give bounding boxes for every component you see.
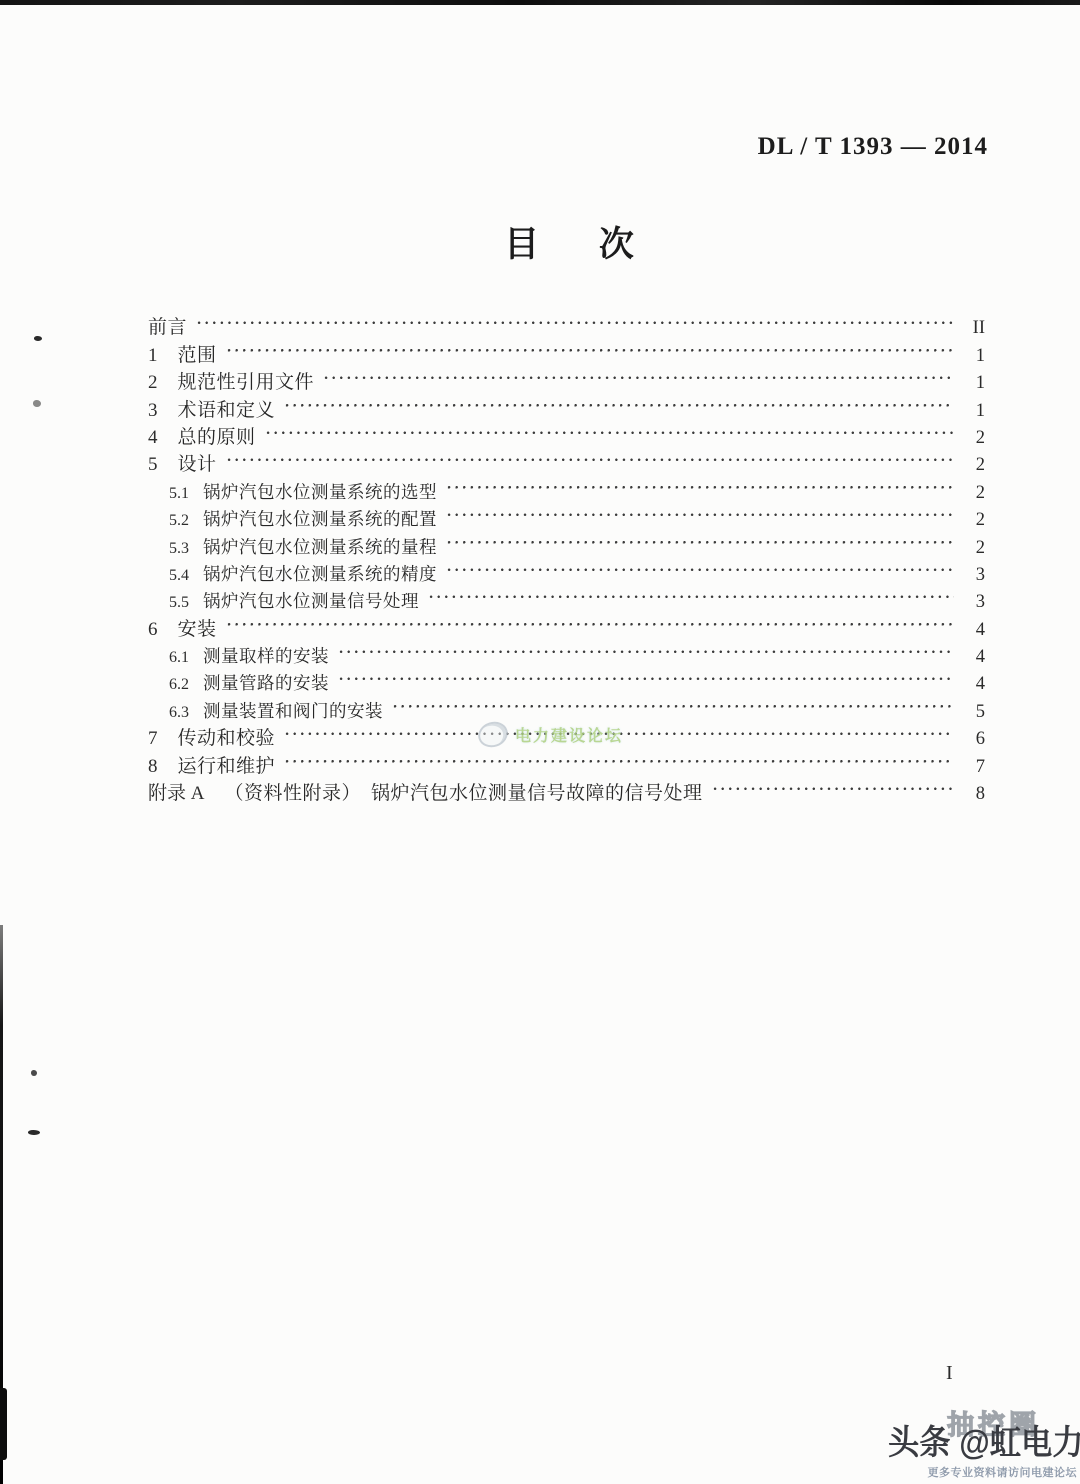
- toc-entry-page: 2: [959, 425, 985, 452]
- toc-entry-label: 安装: [178, 616, 217, 643]
- toc-entry-number: 1: [148, 342, 158, 369]
- toc-entry-number: 6.3: [169, 699, 189, 726]
- scan-speck: [34, 336, 42, 341]
- toc-entry-number: 5.3: [169, 535, 189, 562]
- toc-entry-number: 5: [148, 451, 158, 478]
- toc-entry: 1范围1: [148, 333, 985, 360]
- scan-left-edge-blob: [0, 1388, 7, 1460]
- scan-speck: [28, 1130, 40, 1135]
- dot-leader: [428, 580, 954, 607]
- toc-entry: 5设计2: [148, 443, 985, 470]
- toc-entry-label: 设计: [178, 451, 217, 478]
- toc-entry-label: 范围: [178, 342, 217, 369]
- toc-entry-page: 8: [959, 781, 985, 808]
- dot-leader: [338, 662, 954, 689]
- toc-entry: 5.1锅炉汽包水位测量系统的选型2: [148, 470, 985, 497]
- toc-entry-number: 5.1: [169, 480, 189, 507]
- toc-entry-label: （资料性附录） 锅炉汽包水位测量信号故障的信号处理: [224, 780, 702, 807]
- dot-leader: [265, 416, 954, 443]
- toc-entry-label: 前言: [148, 314, 187, 341]
- toc-entry-page: 3: [959, 562, 985, 589]
- dot-leader: [446, 525, 954, 552]
- toc-entry-page: 1: [959, 370, 985, 397]
- dot-leader: [338, 635, 954, 662]
- toc-entry-number: 5.2: [169, 507, 189, 534]
- toc-entry-label: 测量管路的安装: [203, 670, 329, 697]
- dot-leader: [284, 388, 954, 415]
- dot-leader: [284, 717, 954, 744]
- toc-entry: 6安装4: [148, 607, 985, 634]
- toc-entry-page: 2: [959, 452, 985, 479]
- toc-entry-label: 锅炉汽包水位测量系统的选型: [203, 479, 437, 506]
- scan-top-edge: [0, 0, 1080, 5]
- toc-entry-page: 2: [959, 480, 985, 507]
- toc-entry-number: 4: [148, 424, 158, 451]
- toc-entry-number: 5.5: [169, 589, 189, 616]
- brand-watermark: 抽控圈 头条 @虹电力 更多专业资料请访问电建论坛: [760, 1374, 1080, 1484]
- toc-entry-number: 2: [148, 369, 158, 396]
- toc-entry-number: 8: [148, 753, 158, 780]
- dot-leader: [323, 361, 954, 388]
- toc-entry-page: 7: [959, 754, 985, 781]
- toc-entry-number: 6.1: [169, 644, 189, 671]
- toc-entry-page: 1: [959, 398, 985, 425]
- toc-list: 前言II1范围12规范性引用文件13术语和定义14总的原则25设计25.1锅炉汽…: [148, 306, 985, 799]
- dot-leader: [226, 607, 954, 634]
- toc-entry-number: 附录 A: [148, 780, 204, 807]
- toc-entry-number: 7: [148, 725, 158, 752]
- page-number: I: [946, 1362, 953, 1385]
- toc-entry-label: 锅炉汽包水位测量系统的配置: [203, 506, 437, 533]
- dot-leader: [392, 689, 954, 716]
- toc-entry-page: 5: [959, 699, 985, 726]
- toc-entry-label: 运行和维护: [178, 753, 276, 780]
- toc-entry: 2规范性引用文件1: [148, 361, 985, 388]
- scan-speck: [31, 1070, 37, 1076]
- toc-entry-page: 3: [959, 589, 985, 616]
- toc-entry-page: II: [959, 315, 985, 342]
- dot-leader: [226, 443, 954, 470]
- standard-code: DL / T 1393 — 2014: [758, 133, 988, 161]
- dot-leader: [446, 470, 954, 497]
- toc-entry-label: 术语和定义: [178, 397, 276, 424]
- brand-note-text: 更多专业资料请访问电建论坛: [928, 1464, 1078, 1480]
- dot-leader: [446, 553, 954, 580]
- toc-entry-page: 6: [959, 726, 985, 753]
- toc-entry-number: 6: [148, 616, 158, 643]
- dot-leader: [284, 744, 954, 771]
- brand-text: 头条 @虹电力: [888, 1415, 1080, 1464]
- page-title: 目 次: [0, 217, 1080, 267]
- toc-entry: 4总的原则2: [148, 416, 985, 443]
- toc-entry-label: 传动和校验: [178, 725, 276, 752]
- dot-leader: [196, 306, 954, 333]
- dot-leader: [226, 333, 954, 360]
- toc-entry-number: 3: [148, 397, 158, 424]
- toc-entry-label: 锅炉汽包水位测量系统的精度: [203, 561, 437, 588]
- document-page: DL / T 1393 — 2014 目 次 前言II1范围12规范性引用文件1…: [0, 0, 1080, 1484]
- toc-entry: 6.1测量取样的安装4: [148, 635, 985, 662]
- scan-speck: [33, 400, 41, 407]
- toc-entry-page: 2: [959, 507, 985, 534]
- toc-entry-number: 5.4: [169, 562, 189, 589]
- dot-leader: [712, 772, 955, 799]
- toc-entry: 前言II: [148, 306, 985, 333]
- dot-leader: [446, 498, 954, 525]
- toc-entry-label: 锅炉汽包水位测量系统的量程: [203, 534, 437, 561]
- brand-overlay-text: 抽控圈: [947, 1403, 1040, 1442]
- toc-entry-page: 1: [959, 343, 985, 370]
- toc-entry-page: 4: [959, 671, 985, 698]
- toc-entry-label: 测量取样的安装: [203, 643, 329, 670]
- toc-entry-page: 4: [959, 617, 985, 644]
- toc-entry-page: 2: [959, 535, 985, 562]
- toc-entry-page: 4: [959, 644, 985, 671]
- toc-entry-number: 6.2: [169, 671, 189, 698]
